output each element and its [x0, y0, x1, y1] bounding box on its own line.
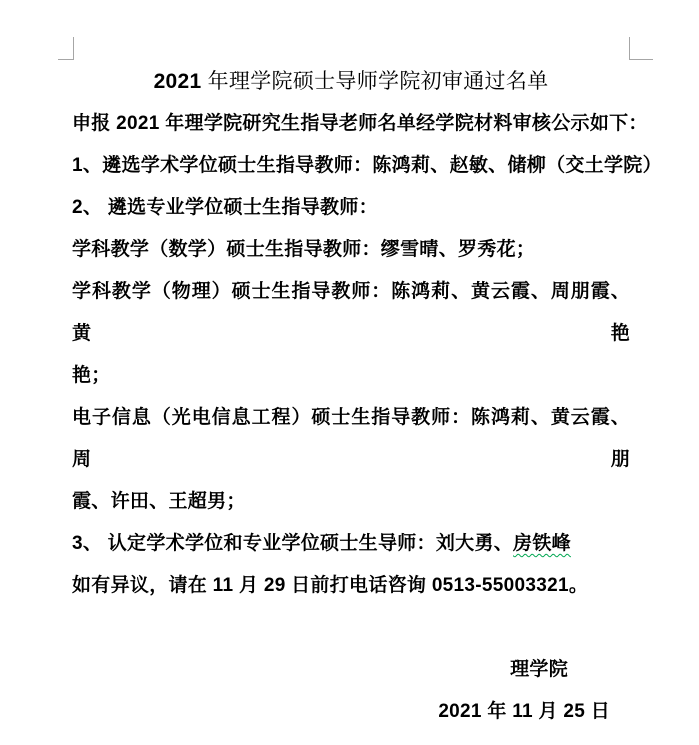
signature-org: 理学院	[72, 649, 630, 691]
document-title: 2021 年理学院硕士导师学院初审通过名单	[72, 61, 630, 103]
margin-mark-top-right-icon	[629, 37, 653, 60]
item3-prefix: 3、 认定学术学位和专业学位硕士生导师：刘大勇、	[72, 533, 513, 554]
flagged-name: 房铁峰	[513, 533, 571, 554]
body-line-physics: 学科教学（物理）硕士生指导教师：陈鸿莉、黄云霞、周朋霞、黄艳	[72, 271, 630, 355]
body-line-item2: 2、 遴选专业学位硕士生指导教师：	[72, 187, 630, 229]
blank-line	[72, 607, 630, 649]
body-line-item1: 1、遴选学术学位硕士生指导教师：陈鸿莉、赵敏、储柳（交土学院）	[72, 145, 630, 187]
body-line-intro: 申报 2021 年理学院研究生指导老师名单经学院材料审核公示如下：	[72, 103, 630, 145]
title-text: 年理学院硕士导师学院初审通过名单	[201, 70, 548, 93]
body-line-item3: 3、 认定学术学位和专业学位硕士生导师：刘大勇、房铁峰	[72, 523, 630, 565]
margin-mark-top-left-icon	[58, 37, 74, 60]
title-year: 2021	[154, 70, 202, 93]
body-line-einfo-wrap: 霞、许田、王超男；	[72, 481, 630, 523]
body-line-einfo: 电子信息（光电信息工程）硕士生指导教师：陈鸿莉、黄云霞、周朋	[72, 397, 630, 481]
body-line-contact: 如有异议，请在 11 月 29 日前打电话咨询 0513-55003321。	[72, 565, 630, 607]
signature-date: 2021 年 11 月 25 日	[72, 691, 630, 733]
document-body: 2021 年理学院硕士导师学院初审通过名单 申报 2021 年理学院研究生指导老…	[0, 61, 699, 733]
body-line-math: 学科教学（数学）硕士生指导教师：缪雪晴、罗秀花；	[72, 229, 630, 271]
body-line-physics-wrap: 艳；	[72, 355, 630, 397]
document-page: 2021 年理学院硕士导师学院初审通过名单 申报 2021 年理学院研究生指导老…	[0, 0, 699, 745]
